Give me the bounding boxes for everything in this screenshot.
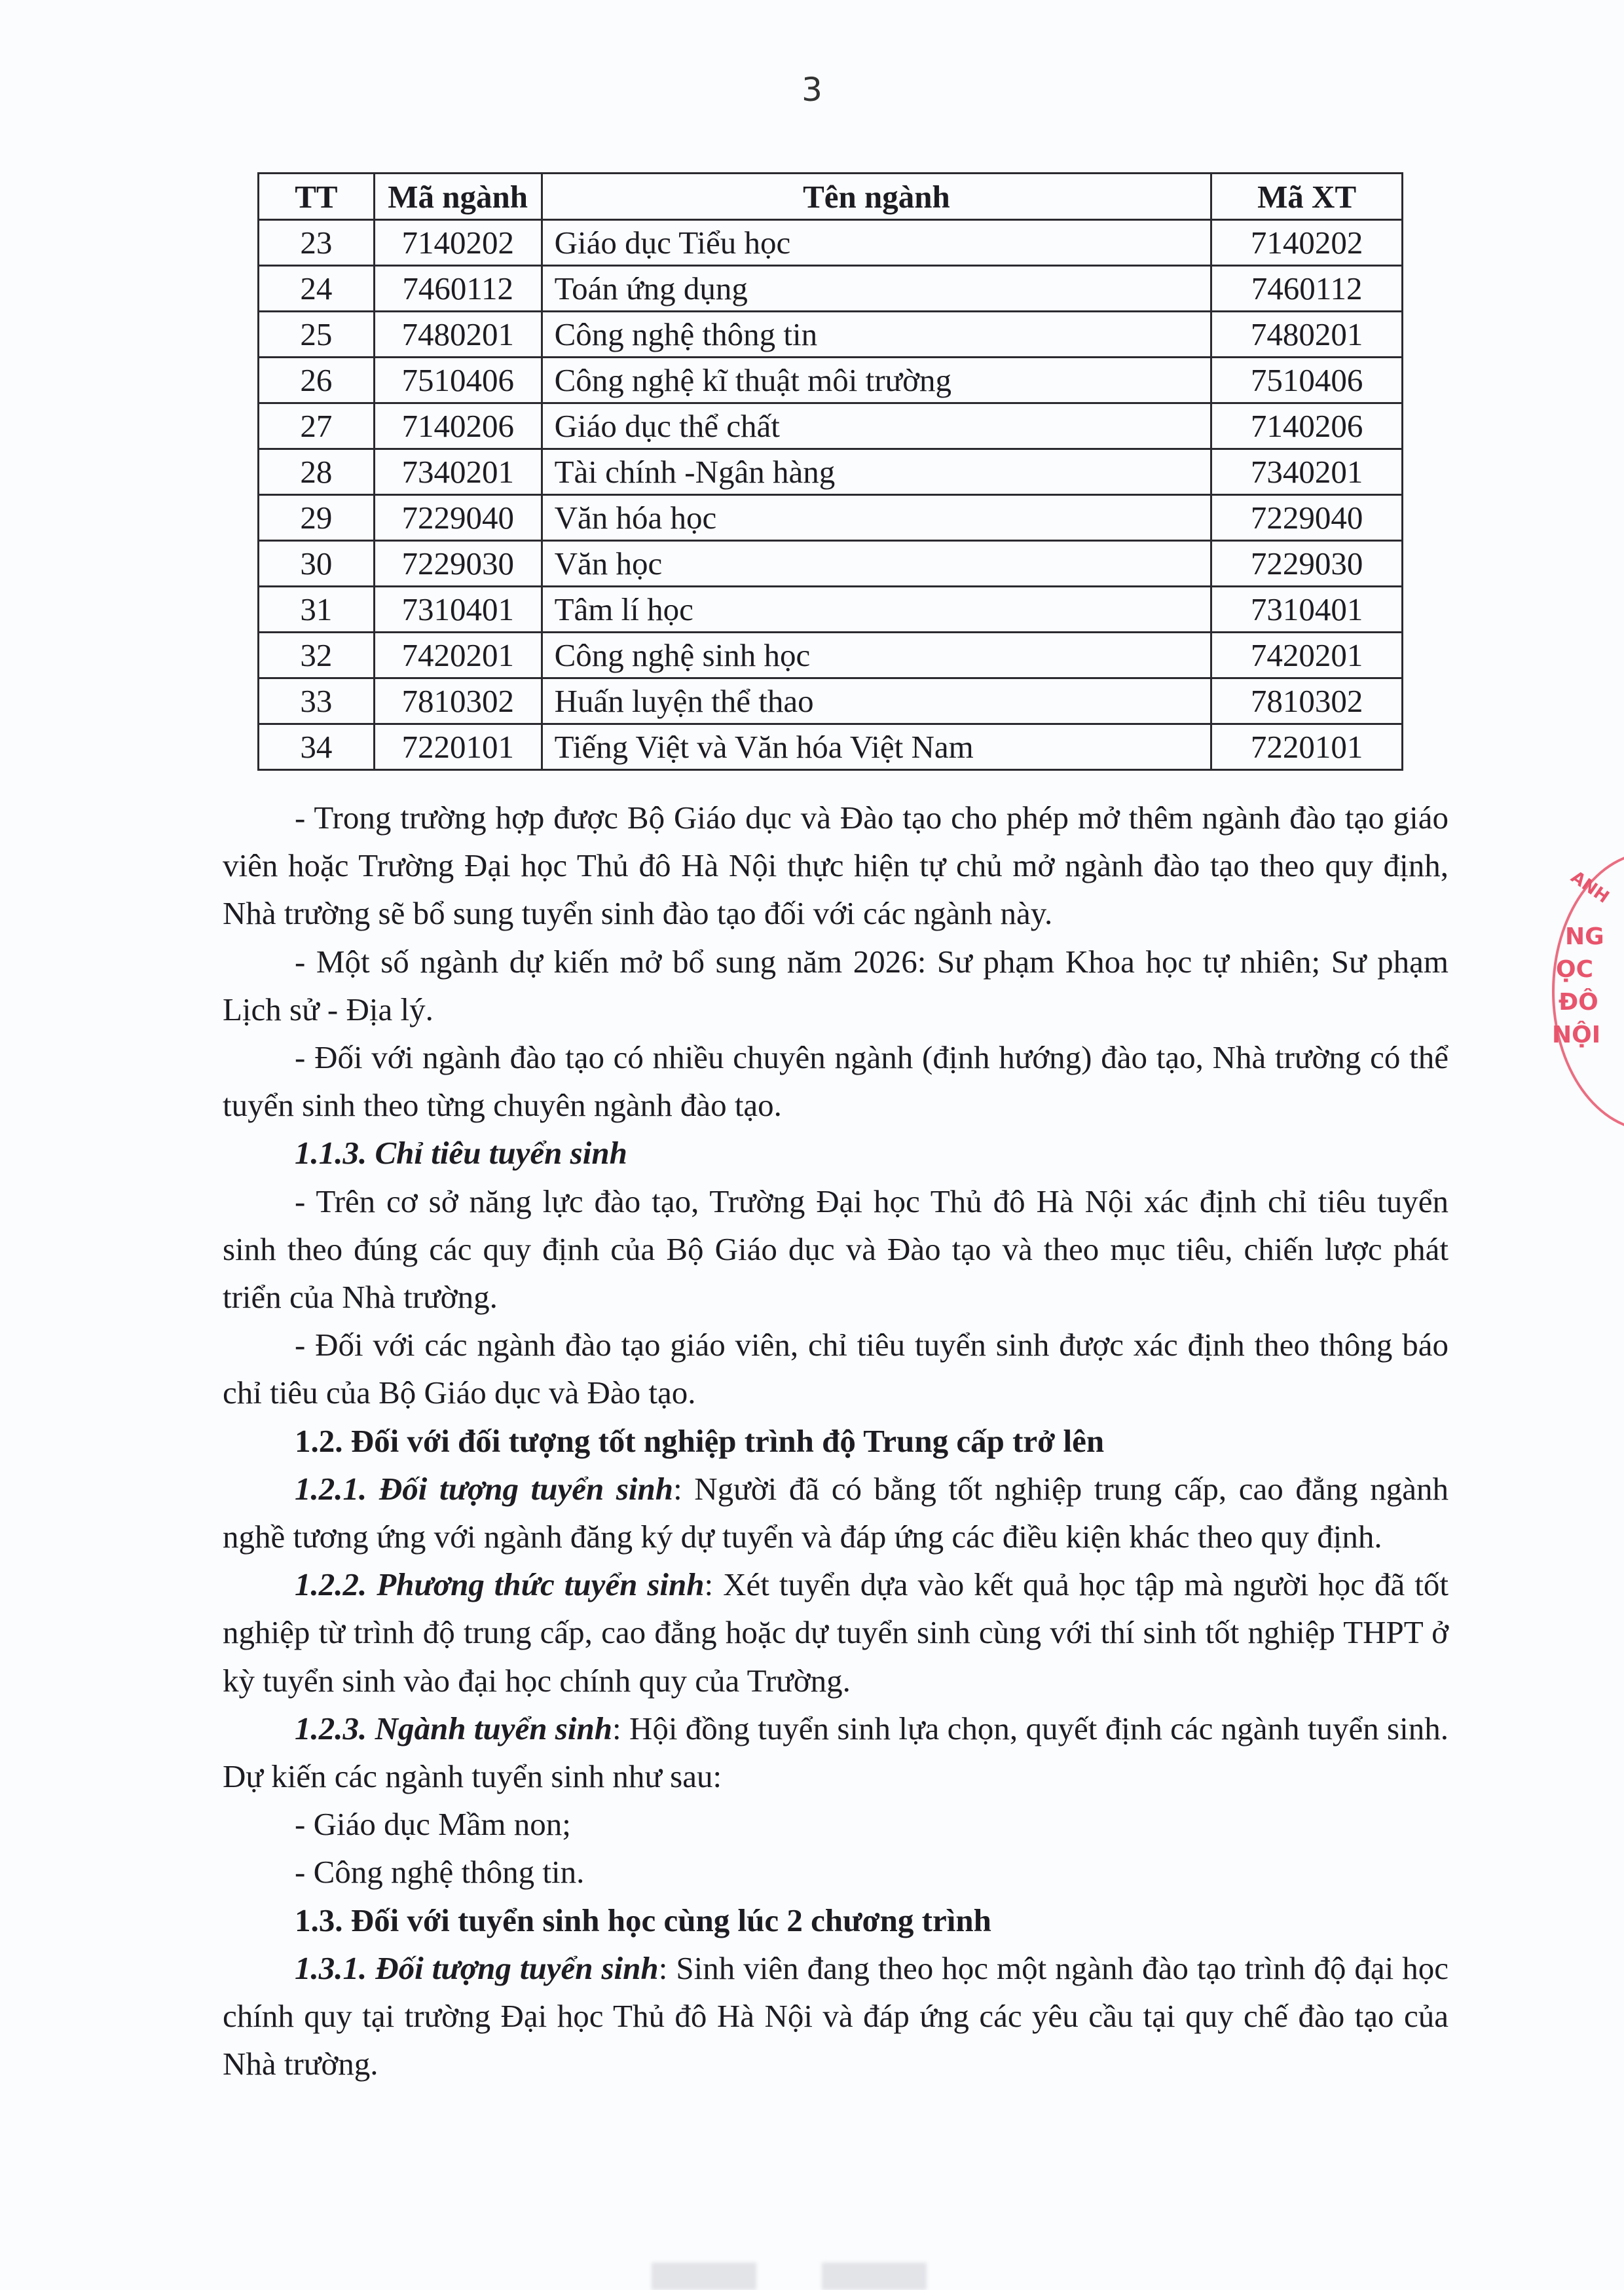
seal-text: NG [1565, 923, 1604, 950]
cell-major-code: 7220101 [374, 724, 542, 770]
cell-tt: 31 [259, 587, 375, 633]
official-seal-stamp: ANH NG ỌC ĐÔ NỘI [1552, 851, 1624, 1139]
cell-major-code: 7810302 [374, 678, 542, 724]
cell-tt: 26 [259, 358, 375, 403]
table-row: 257480201Công nghệ thông tin7480201 [259, 312, 1403, 358]
cell-major-name: Văn hóa học [542, 495, 1211, 541]
cell-major-code: 7140206 [374, 403, 542, 449]
cell-tt: 33 [259, 678, 375, 724]
cell-major-name: Giáo dục thể chất [542, 403, 1211, 449]
heading-1-1-3: 1.1.3. Chỉ tiêu tuyển sinh [223, 1129, 1449, 1177]
paragraph-quota-basis: - Trên cơ sở năng lực đào tạo, Trường Đạ… [223, 1177, 1449, 1321]
paragraph-additional-majors: - Trong trường hợp được Bộ Giáo dục và Đ… [223, 794, 1449, 938]
label-1-3-1: 1.3.1. Đối tượng tuyển sinh [295, 1950, 659, 1986]
cell-major-code: 7460112 [374, 266, 542, 312]
cell-major-code: 7420201 [374, 633, 542, 678]
document-body: - Trong trường hợp được Bộ Giáo dục và Đ… [223, 794, 1449, 2088]
cell-major-name: Huấn luyện thể thao [542, 678, 1211, 724]
paragraph-1-2-1: 1.2.1. Đối tượng tuyển sinh: Người đã có… [223, 1465, 1449, 1561]
cell-major-name: Công nghệ thông tin [542, 312, 1211, 358]
cell-major-code: 7229040 [374, 495, 542, 541]
cell-major-name: Văn học [542, 541, 1211, 587]
cell-major-name: Giáo dục Tiểu học [542, 220, 1211, 266]
cell-admission-code: 7420201 [1211, 633, 1403, 678]
table-row: 347220101Tiếng Việt và Văn hóa Việt Nam7… [259, 724, 1403, 770]
paragraph-1-2-3: 1.2.3. Ngành tuyển sinh: Hội đồng tuyển … [223, 1705, 1449, 1800]
heading-1-3: 1.3. Đối với tuyển sinh học cùng lúc 2 c… [223, 1896, 1449, 1944]
cell-major-code: 7140202 [374, 220, 542, 266]
cell-admission-code: 7340201 [1211, 449, 1403, 495]
paragraph-1-2-2: 1.2.2. Phương thức tuyển sinh: Xét tuyển… [223, 1561, 1449, 1705]
table-row: 287340201Tài chính -Ngân hàng7340201 [259, 449, 1403, 495]
cell-admission-code: 7220101 [1211, 724, 1403, 770]
cell-admission-code: 7810302 [1211, 678, 1403, 724]
table-row: 247460112Toán ứng dụng7460112 [259, 266, 1403, 312]
cell-tt: 32 [259, 633, 375, 678]
table-row: 267510406Công nghệ kĩ thuật môi trường75… [259, 358, 1403, 403]
seal-text: ỌC [1556, 956, 1593, 983]
scan-smudge [652, 2262, 756, 2290]
list-item: - Giáo dục Mầm non; [223, 1800, 1449, 1848]
cell-major-code: 7510406 [374, 358, 542, 403]
paragraph-1-3-1: 1.3.1. Đối tượng tuyển sinh: Sinh viên đ… [223, 1944, 1449, 2088]
table-header-row: TT Mã ngành Tên ngành Mã XT [259, 174, 1403, 220]
cell-major-name: Toán ứng dụng [542, 266, 1211, 312]
cell-admission-code: 7460112 [1211, 266, 1403, 312]
header-admission-code: Mã XT [1211, 174, 1403, 220]
seal-text: ĐÔ [1559, 989, 1598, 1016]
cell-tt: 25 [259, 312, 375, 358]
heading-1-2: 1.2. Đối với đối tượng tốt nghiệp trình … [223, 1417, 1449, 1465]
cell-major-code: 7340201 [374, 449, 542, 495]
cell-tt: 27 [259, 403, 375, 449]
cell-major-name: Công nghệ kĩ thuật môi trường [542, 358, 1211, 403]
cell-admission-code: 7229040 [1211, 495, 1403, 541]
table-row: 337810302Huấn luyện thể thao7810302 [259, 678, 1403, 724]
cell-admission-code: 7140206 [1211, 403, 1403, 449]
cell-tt: 30 [259, 541, 375, 587]
table-row: 277140206Giáo dục thể chất7140206 [259, 403, 1403, 449]
label-1-2-3: 1.2.3. Ngành tuyển sinh [295, 1710, 612, 1746]
cell-tt: 23 [259, 220, 375, 266]
table-row: 297229040Văn hóa học7229040 [259, 495, 1403, 541]
table-row: 327420201Công nghệ sinh học7420201 [259, 633, 1403, 678]
cell-major-code: 7229030 [374, 541, 542, 587]
cell-major-name: Tiếng Việt và Văn hóa Việt Nam [542, 724, 1211, 770]
cell-admission-code: 7140202 [1211, 220, 1403, 266]
seal-text: NỘI [1552, 1022, 1600, 1048]
cell-admission-code: 7229030 [1211, 541, 1403, 587]
cell-tt: 34 [259, 724, 375, 770]
table-row: 237140202Giáo dục Tiểu học7140202 [259, 220, 1403, 266]
cell-major-code: 7480201 [374, 312, 542, 358]
cell-major-name: Tâm lí học [542, 587, 1211, 633]
list-item: - Công nghệ thông tin. [223, 1848, 1449, 1896]
cell-major-name: Tài chính -Ngân hàng [542, 449, 1211, 495]
cell-admission-code: 7310401 [1211, 587, 1403, 633]
page-number: 3 [0, 71, 1624, 109]
table-row: 317310401Tâm lí học7310401 [259, 587, 1403, 633]
cell-tt: 29 [259, 495, 375, 541]
table-row: 307229030Văn học7229030 [259, 541, 1403, 587]
cell-major-name: Công nghệ sinh học [542, 633, 1211, 678]
cell-admission-code: 7480201 [1211, 312, 1403, 358]
label-1-2-1: 1.2.1. Đối tượng tuyển sinh [295, 1471, 673, 1507]
cell-admission-code: 7510406 [1211, 358, 1403, 403]
cell-tt: 24 [259, 266, 375, 312]
majors-table: TT Mã ngành Tên ngành Mã XT 237140202Giá… [257, 172, 1403, 771]
header-major-code: Mã ngành [374, 174, 542, 220]
header-tt: TT [259, 174, 375, 220]
label-1-2-2: 1.2.2. Phương thức tuyển sinh [295, 1566, 705, 1602]
scan-smudge [822, 2262, 927, 2290]
cell-major-code: 7310401 [374, 587, 542, 633]
cell-tt: 28 [259, 449, 375, 495]
paragraph-planned-majors-2026: - Một số ngành dự kiến mở bổ sung năm 20… [223, 938, 1449, 1033]
paragraph-specializations: - Đối với ngành đào tạo có nhiều chuyên … [223, 1033, 1449, 1129]
header-major-name: Tên ngành [542, 174, 1211, 220]
paragraph-teacher-quota: - Đối với các ngành đào tạo giáo viên, c… [223, 1321, 1449, 1416]
